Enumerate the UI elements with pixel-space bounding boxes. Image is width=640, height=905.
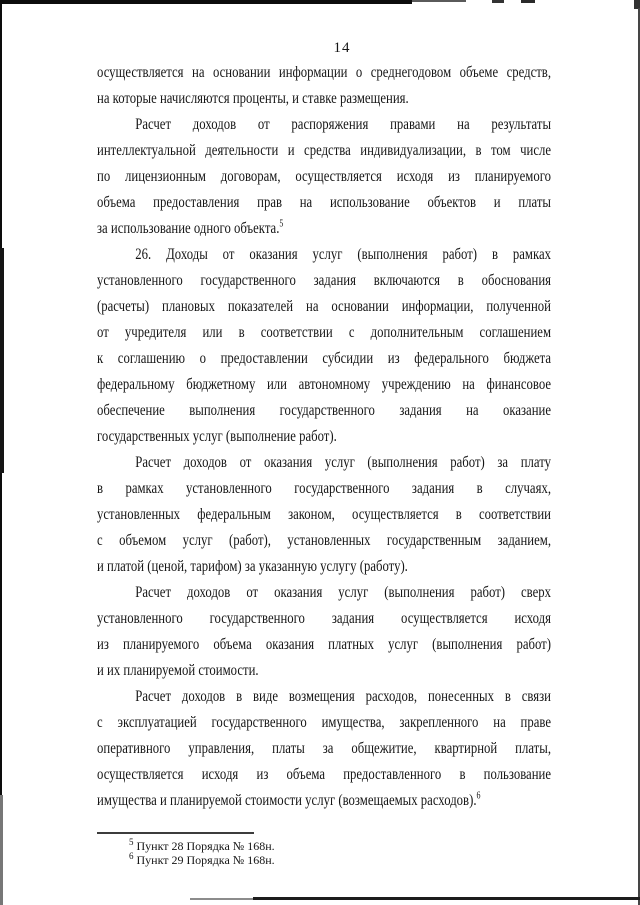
- text-line: 26. Доходы от оказания услуг (выполнения…: [97, 242, 551, 268]
- body-text: осуществляется на основании информации о…: [97, 60, 551, 814]
- text-line: и платой (ценой, тарифом) за указанную у…: [97, 554, 551, 580]
- scan-edge-top-fragment: [492, 0, 504, 3]
- text-line: к соглашению о предоставлении субсидии и…: [97, 346, 551, 372]
- text-line: осуществляется исходя из объема предоста…: [97, 762, 551, 788]
- scan-edge-top-fragment: [521, 0, 535, 3]
- paragraphs: осуществляется на основании информации о…: [97, 60, 551, 814]
- scan-edge-left-gray: [0, 795, 3, 905]
- footnote-separator: [97, 832, 254, 834]
- footnote-ref-5: 5: [279, 219, 283, 230]
- text-line: интеллектуальной деятельности и средства…: [97, 138, 551, 164]
- text-line: осуществляется на основании информации о…: [97, 60, 551, 86]
- text-line: из планируемого объема оказания платных …: [97, 632, 551, 658]
- footnotes: 5 Пункт 28 Порядка № 168н.6 Пункт 29 Пор…: [97, 839, 517, 867]
- footnote: 5 Пункт 28 Порядка № 168н.: [97, 839, 517, 853]
- text-line: Расчет доходов от оказания услуг (выполн…: [97, 580, 551, 606]
- text-line: установленного государственного задания …: [97, 268, 551, 294]
- text-line: с объемом услуг (работ), установленных г…: [97, 528, 551, 554]
- footnote: 6 Пункт 29 Порядка № 168н.: [97, 853, 517, 867]
- text-line: установленных федеральным законом, осуще…: [97, 502, 551, 528]
- text-line: Расчет доходов от распоряжения правами н…: [97, 112, 551, 138]
- scanned-document-page: 14 осуществляется на основании информаци…: [0, 0, 640, 905]
- scan-edge-left-thick: [0, 248, 4, 473]
- scan-edge-top-thin: [412, 0, 466, 2]
- text-line: за использование одного объекта.5: [97, 216, 551, 242]
- text-line: оперативного управления, платы за общежи…: [97, 736, 551, 762]
- text-line: федеральному бюджетному или автономному …: [97, 372, 551, 398]
- text-line: государственных услуг (выполнение работ)…: [97, 424, 551, 450]
- text-line: в рамках установленного государственного…: [97, 476, 551, 502]
- text-line: с эксплуатацией государственного имущест…: [97, 710, 551, 736]
- text-line: Расчет доходов в виде возмещения расходо…: [97, 684, 551, 710]
- text-line: объема предоставления прав на использова…: [97, 190, 551, 216]
- text-line: от учредителя или в соответствии с допол…: [97, 320, 551, 346]
- footnote-text: Пункт 29 Порядка № 168н.: [134, 853, 275, 867]
- text-line: обеспечение выполнения государственного …: [97, 398, 551, 424]
- text-line: установленного государственного задания …: [97, 606, 551, 632]
- text-line: на которые начисляются проценты, и ставк…: [97, 86, 551, 112]
- scan-edge-top: [0, 0, 412, 4]
- text-line: имущества и планируемой стоимости услуг …: [97, 788, 551, 814]
- page-number: 14: [42, 40, 640, 57]
- text-line: (расчеты) плановых показателей на основа…: [97, 294, 551, 320]
- footnote-ref-6: 6: [477, 791, 481, 802]
- scan-edge-bottom-dark: [253, 897, 640, 900]
- text-line: и их планируемой стоимости.: [97, 658, 551, 684]
- text-line: Расчет доходов от оказания услуг (выполн…: [97, 450, 551, 476]
- scan-edge-bottom-light: [190, 898, 255, 900]
- text-line: по лицензионным договорам, осуществляетс…: [97, 164, 551, 190]
- footnote-text: Пункт 28 Порядка № 168н.: [134, 839, 275, 853]
